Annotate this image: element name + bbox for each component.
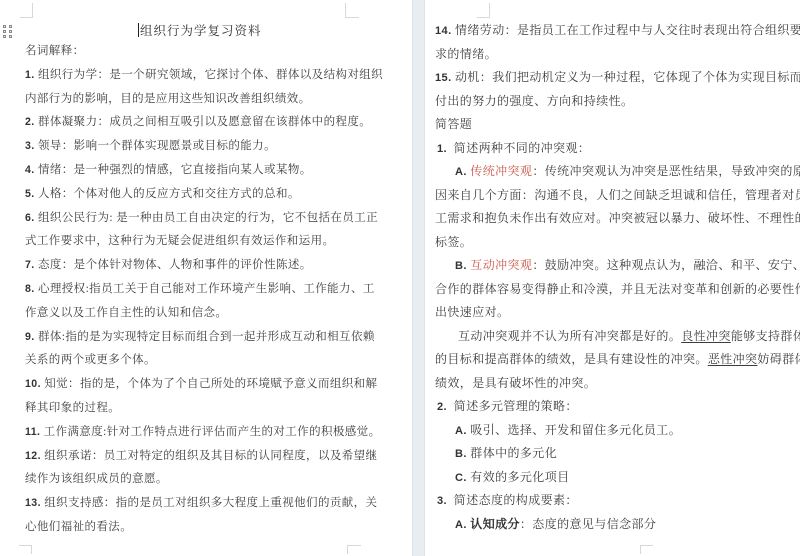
text-line: A. 传统冲突观：传统冲突观认为冲突是恶性结果，导致冲突的原 bbox=[435, 160, 800, 184]
text-run: 内部行为的影响，目的是应用这些知识改善组织绩效。 bbox=[25, 93, 311, 105]
text-line: 3. 简述态度的构成要素： bbox=[435, 489, 800, 513]
text-cursor bbox=[138, 23, 139, 37]
text-line: 心他们福祉的看法。 bbox=[25, 516, 405, 540]
text-run: 心他们福祉的看法。 bbox=[25, 521, 132, 533]
text-run: A. bbox=[455, 425, 470, 437]
text-run: 的目标和提高群体的绩效，是具有建设性的冲突。 bbox=[435, 352, 708, 366]
text-line: 1. 简述两种不同的冲突观： bbox=[435, 137, 800, 161]
text-run: 吸引、选择、开发和留住多元化员工。 bbox=[470, 423, 681, 437]
text-run: 绩效，是具有破坏性的冲突。 bbox=[435, 376, 596, 390]
text-run: ：态度的意见与信念部分 bbox=[520, 517, 656, 531]
text-run: 有效的多元化项目 bbox=[470, 470, 569, 484]
document-page-2: 14. 情绪劳动：是指员工在工作过程中与人交往时表现出符合组织要求的情绪。15.… bbox=[425, 0, 800, 556]
text-run: 情绪：是一种强烈的情感，它直接指向某人或某物。 bbox=[38, 164, 312, 176]
text-run: 认知成分 bbox=[470, 517, 520, 531]
text-run: 12. bbox=[25, 450, 44, 462]
text-run: A. bbox=[455, 519, 470, 531]
text-line: 13. 组织支持感：指的是员工对组织多大程度上重视他们的贡献，关 bbox=[25, 492, 405, 516]
text-run: 组织支持感：指的是员工对组织多大程度上重视他们的贡献，关 bbox=[44, 497, 377, 509]
text-line: 合作的群体容易变得静止和冷漠，并且无法对变革和创新的必要性作 bbox=[435, 278, 800, 302]
text-line: 内部行为的影响，目的是应用这些知识改善组织绩效。 bbox=[25, 88, 405, 112]
text-line: 12. 组织承诺：员工对特定的组织及其目标的认同程度，以及希望继 bbox=[25, 445, 405, 469]
text-run: 动机：我们把动机定义为一种过程，它体现了个体为实现目标而 bbox=[455, 70, 800, 84]
page-2-text: 14. 情绪劳动：是指员工在工作过程中与人交往时表现出符合组织要求的情绪。15.… bbox=[435, 19, 800, 536]
text-run: 工需求和抱负未作出有效应对。冲突被冠以暴力、破坏性、不理性的 bbox=[435, 211, 800, 225]
text-line: 绩效，是具有破坏性的冲突。 bbox=[435, 372, 800, 396]
text-line: 标签。 bbox=[435, 231, 800, 255]
text-run: 续作为该组织成员的意愿。 bbox=[25, 473, 168, 485]
page-gap bbox=[412, 0, 425, 556]
text-run: 名词解释： bbox=[25, 45, 85, 57]
text-run: 简述态度的构成要素： bbox=[447, 493, 578, 507]
text-line: 的目标和提高群体的绩效，是具有建设性的冲突。恶性冲突妨碍群体 bbox=[435, 348, 800, 372]
text-run: 求的情绪。 bbox=[435, 47, 497, 61]
text-run: 标签。 bbox=[435, 235, 472, 249]
text-run: 9. bbox=[25, 331, 38, 343]
text-run: 简述多元管理的策略： bbox=[447, 399, 578, 413]
text-line: 工需求和抱负未作出有效应对。冲突被冠以暴力、破坏性、不理性的 bbox=[435, 207, 800, 231]
text-run: 15. bbox=[435, 72, 455, 84]
text-boundary-mark-top-left bbox=[20, 3, 33, 18]
text-run: 合作的群体容易变得静止和冷漠，并且无法对变革和创新的必要性作 bbox=[435, 282, 800, 296]
drag-handle-icon[interactable] bbox=[3, 25, 14, 41]
text-line: 式工作要求中，这种行为无疑会促进组织有效运作和运用。 bbox=[25, 230, 405, 254]
text-line: 8. 心理授权:指员工关于自己能对工作环境产生影响、工作能力、工 bbox=[25, 278, 405, 302]
text-line: A. 吸引、选择、开发和留住多元化员工。 bbox=[435, 419, 800, 443]
text-line: 求的情绪。 bbox=[435, 43, 800, 67]
text-line: 10. 知觉：指的是，个体为了个自己所处的环境赋予意义而组织和解 bbox=[25, 373, 405, 397]
text-run: 能够支持群体 bbox=[731, 329, 800, 343]
text-run: 良性冲突 bbox=[681, 329, 731, 343]
text-run: 群体凝聚力：成员之间相互吸引以及愿意留在该群体中的程度。 bbox=[38, 116, 371, 128]
text-run: 式工作要求中，这种行为无疑会促进组织有效运作和运用。 bbox=[25, 235, 334, 247]
text-run: 领导：影响一个群体实现愿景或目标的能力。 bbox=[38, 140, 276, 152]
text-run: 3. bbox=[25, 140, 38, 152]
text-line: 6. 组织公民行为: 是一种由员工自由决定的行为，它不包括在员工正 bbox=[25, 207, 405, 231]
text-run: 7. bbox=[25, 259, 38, 271]
text-line: 名词解释： bbox=[25, 40, 405, 64]
text-line: 互动冲突观并不认为所有冲突都是好的。良性冲突能够支持群体 bbox=[435, 325, 800, 349]
text-line: 1. 组织行为学：是一个研究领域，它探讨个体、群体以及结构对组织 bbox=[25, 64, 405, 88]
text-run: 简述两种不同的冲突观： bbox=[447, 141, 590, 155]
text-line: A. 认知成分：态度的意见与信念部分 bbox=[435, 513, 800, 537]
page-1-text: 名词解释：1. 组织行为学：是一个研究领域，它探讨个体、群体以及结构对组织内部行… bbox=[25, 40, 405, 540]
text-run: 组织公民行为: 是一种由员工自由决定的行为，它不包括在员工正 bbox=[38, 212, 378, 224]
text-run: 妨碍群体 bbox=[757, 352, 800, 366]
text-run: A. bbox=[455, 166, 470, 178]
text-run: B. bbox=[455, 260, 470, 272]
text-run: 出快速应对。 bbox=[435, 305, 509, 319]
text-run: 互动冲突观并不认为所有冲突都是好的。 bbox=[458, 329, 681, 343]
text-run: 简答题 bbox=[435, 117, 472, 131]
text-line: B. 互动冲突观：鼓励冲突。这种观点认为，融洽、和平、安宁、 bbox=[435, 254, 800, 278]
text-run: 恶性冲突 bbox=[708, 352, 758, 366]
text-run: 6. bbox=[25, 212, 38, 224]
text-line: 9. 群体:指的是为实现特定目标而组合到一起并形成互动和相互依赖 bbox=[25, 326, 405, 350]
text-line: 作意义以及工作自主性的认知和信念。 bbox=[25, 302, 405, 326]
text-line: 15. 动机：我们把动机定义为一种过程，它体现了个体为实现目标而 bbox=[435, 66, 800, 90]
text-line: 因来自几个方面：沟通不良，人们之间缺乏坦诚和信任，管理者对员 bbox=[435, 184, 800, 208]
text-line: 简答题 bbox=[435, 113, 800, 137]
text-run: 2. bbox=[437, 401, 447, 413]
document-page-1: 组织行为学复习资料 名词解释：1. 组织行为学：是一个研究领域，它探讨个体、群体… bbox=[0, 0, 412, 556]
text-run: ：传统冲突观认为冲突是恶性结果，导致冲突的原 bbox=[532, 164, 800, 178]
text-boundary-mark-bottom bbox=[640, 545, 653, 554]
text-line: 2. 群体凝聚力：成员之间相互吸引以及愿意留在该群体中的程度。 bbox=[25, 111, 405, 135]
text-line: 续作为该组织成员的意愿。 bbox=[25, 468, 405, 492]
text-run: 11. bbox=[25, 426, 44, 438]
text-run: 心理授权:指员工关于自己能对工作环境产生影响、工作能力、工 bbox=[38, 283, 375, 295]
page-title: 组织行为学复习资料 bbox=[140, 21, 262, 39]
text-line: 4. 情绪：是一种强烈的情感，它直接指向某人或某物。 bbox=[25, 159, 405, 183]
text-run: 关系的两个或更多个体。 bbox=[25, 354, 156, 366]
text-boundary-mark-top-left bbox=[477, 3, 490, 18]
text-run: 释其印象的过程。 bbox=[25, 402, 120, 414]
text-run: 4. bbox=[25, 164, 38, 176]
text-run: 工作满意度:针对工作特点进行评估而产生的对工作的积极感觉。 bbox=[44, 426, 381, 438]
text-boundary-mark-bottom-right bbox=[347, 545, 361, 554]
text-run: 群体:指的是为实现特定目标而组合到一起并形成互动和相互依赖 bbox=[38, 331, 375, 343]
text-run: 作意义以及工作自主性的认知和信念。 bbox=[25, 307, 227, 319]
text-run: 8. bbox=[25, 283, 38, 295]
text-run: 态度：是个体针对物体、人物和事件的评价性陈述。 bbox=[38, 259, 312, 271]
text-run: 2. bbox=[25, 116, 38, 128]
text-run: B. bbox=[455, 448, 470, 460]
text-run: 1. bbox=[437, 143, 447, 155]
text-run: 人格：个体对他人的反应方式和交往方式的总和。 bbox=[38, 188, 300, 200]
text-run: 互动冲突观 bbox=[470, 258, 532, 272]
text-line: B. 群体中的多元化 bbox=[435, 442, 800, 466]
text-line: 14. 情绪劳动：是指员工在工作过程中与人交往时表现出符合组织要 bbox=[435, 19, 800, 43]
text-run: 知觉：指的是，个体为了个自己所处的环境赋予意义而组织和解 bbox=[44, 378, 377, 390]
text-run: 3. bbox=[437, 495, 447, 507]
text-line: 7. 态度：是个体针对物体、人物和事件的评价性陈述。 bbox=[25, 254, 405, 278]
text-line: 11. 工作满意度:针对工作特点进行评估而产生的对工作的积极感觉。 bbox=[25, 421, 405, 445]
text-run: 5. bbox=[25, 188, 38, 200]
text-line: 付出的努力的强度、方向和持续性。 bbox=[435, 90, 800, 114]
text-boundary-mark-top-right bbox=[345, 3, 359, 18]
text-line: C. 有效的多元化项目 bbox=[435, 466, 800, 490]
text-run: 付出的努力的强度、方向和持续性。 bbox=[435, 94, 633, 108]
text-line: 关系的两个或更多个体。 bbox=[25, 349, 405, 373]
text-run: 情绪劳动：是指员工在工作过程中与人交往时表现出符合组织要 bbox=[455, 23, 800, 37]
text-run: 组织行为学：是一个研究领域，它探讨个体、群体以及结构对组织 bbox=[38, 69, 383, 81]
text-line: 释其印象的过程。 bbox=[25, 397, 405, 421]
text-run: 传统冲突观 bbox=[470, 164, 532, 178]
text-run: 13. bbox=[25, 497, 44, 509]
text-run: C. bbox=[455, 472, 470, 484]
text-run: 1. bbox=[25, 69, 38, 81]
text-line: 5. 人格：个体对他人的反应方式和交往方式的总和。 bbox=[25, 183, 405, 207]
text-line: 3. 领导：影响一个群体实现愿景或目标的能力。 bbox=[25, 135, 405, 159]
text-line: 出快速应对。 bbox=[435, 301, 800, 325]
text-run: ：鼓励冲突。这种观点认为，融洽、和平、安宁、 bbox=[532, 258, 800, 272]
text-run: 10. bbox=[25, 378, 44, 390]
text-run: 因来自几个方面：沟通不良，人们之间缺乏坦诚和信任，管理者对员 bbox=[435, 188, 800, 202]
title-row: 组织行为学复习资料 bbox=[138, 21, 262, 38]
text-line: 2. 简述多元管理的策略： bbox=[435, 395, 800, 419]
text-run: 群体中的多元化 bbox=[470, 446, 557, 460]
text-run: 组织承诺：员工对特定的组织及其目标的认同程度，以及希望继 bbox=[44, 450, 377, 462]
text-boundary-mark-bottom-left bbox=[19, 545, 32, 554]
text-run: 14. bbox=[435, 25, 455, 37]
